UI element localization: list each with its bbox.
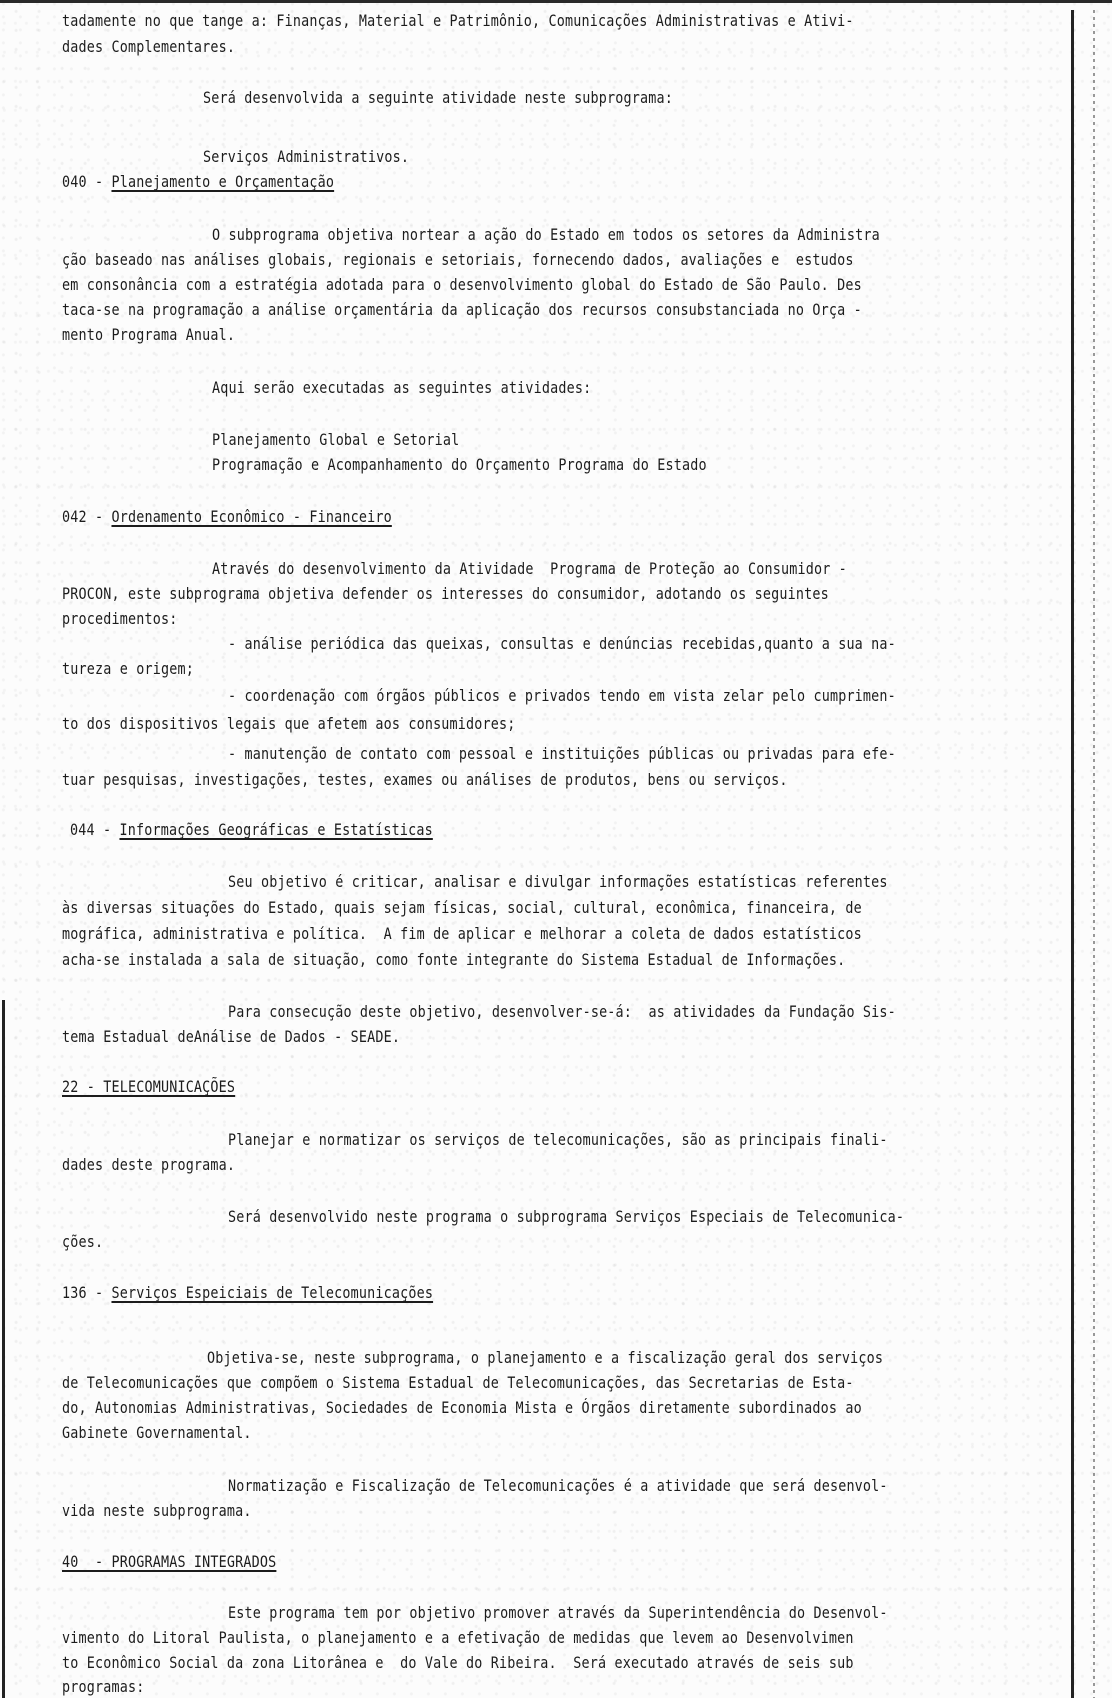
text-line: dades Complementares.: [62, 37, 235, 57]
paragraph-line: dades deste programa.: [62, 1155, 235, 1175]
paragraph-line: vida neste subprograma.: [62, 1501, 252, 1521]
right-border-rule: [1071, 10, 1074, 1698]
scanned-page: tadamente no que tange a: Finanças, Mate…: [0, 0, 1112, 1698]
list-item: tureza e origem;: [62, 659, 194, 679]
list-item: - coordenação com órgãos públicos e priv…: [228, 686, 896, 706]
section-title: Ordenamento Econômico - Financeiro: [111, 508, 391, 526]
paragraph-line: vimento do Litoral Paulista, o planejame…: [62, 1628, 854, 1648]
text-line: tadamente no que tange a: Finanças, Mate…: [62, 11, 854, 31]
paragraph-line: Aqui serão executadas as seguintes ativi…: [212, 378, 591, 398]
right-margin-dots: [1093, 10, 1095, 1698]
paragraph-line: acha-se instalada a sala de situação, co…: [62, 950, 845, 970]
paragraph-line: tema Estadual deAnálise de Dados - SEADE…: [62, 1027, 400, 1047]
paragraph-line: Será desenvolvido neste programa o subpr…: [228, 1207, 904, 1227]
list-item: to dos dispositivos legais que afetem ao…: [62, 714, 516, 734]
paragraph-line: mográfica, administrativa e política. A …: [62, 924, 862, 944]
section-title: Serviços Espeiciais de Telecomunicações: [111, 1284, 433, 1302]
paragraph-line: do, Autonomias Administrativas, Sociedad…: [62, 1398, 862, 1418]
paragraph-line: ção baseado nas análises globais, region…: [62, 250, 854, 270]
text-line: Será desenvolvida a seguinte atividade n…: [203, 88, 673, 108]
activity-item: Planejamento Global e Setorial: [212, 430, 459, 450]
paragraph-line: programas:: [62, 1677, 144, 1697]
paragraph-line: Gabinete Governamental.: [62, 1423, 252, 1443]
paragraph-line: PROCON, este subprograma objetiva defend…: [62, 584, 829, 604]
paragraph-line: Através do desenvolvimento da Atividade …: [212, 559, 847, 579]
section-title: Planejamento e Orçamentação: [111, 173, 334, 191]
paragraph-line: to Econômico Social da zona Litorânea e …: [62, 1653, 854, 1673]
section-heading-042: 042 - Ordenamento Econômico - Financeiro: [62, 507, 392, 527]
paragraph-line: Normatização e Fiscalização de Telecomun…: [228, 1476, 888, 1496]
list-item: tuar pesquisas, investigações, testes, e…: [62, 770, 788, 790]
list-item: - manutenção de contato com pessoal e in…: [228, 744, 896, 764]
paragraph-line: Este programa tem por objetivo promover …: [228, 1603, 888, 1623]
activity-item: Programação e Acompanhamento do Orçament…: [212, 455, 707, 475]
section-heading-044: 044 - Informações Geográficas e Estatíst…: [70, 820, 433, 840]
program-title: 22 - TELECOMUNICAÇÕES: [62, 1078, 235, 1096]
section-heading-136: 136 - Serviços Espeiciais de Telecomunic…: [62, 1283, 433, 1303]
section-title: Informações Geográficas e Estatísticas: [119, 821, 432, 839]
paragraph-line: O subprograma objetiva nortear a ação do…: [212, 225, 880, 245]
section-code: 136 -: [62, 1284, 111, 1302]
paragraph-line: mento Programa Anual.: [62, 325, 235, 345]
paragraph-line: Seu objetivo é criticar, analisar e divu…: [228, 872, 888, 892]
section-heading-040: 040 - Planejamento e Orçamentação: [62, 172, 334, 192]
top-border-rule: [0, 0, 1112, 3]
list-item: - análise periódica das queixas, consult…: [228, 634, 896, 654]
program-heading-40: 40 - PROGRAMAS INTEGRADOS: [62, 1552, 276, 1572]
paragraph-line: Para consecução deste objetivo, desenvol…: [228, 1002, 896, 1022]
paragraph-line: em consonância com a estratégia adotada …: [62, 275, 862, 295]
section-code: 040 -: [62, 173, 111, 191]
paragraph-line: às diversas situações do Estado, quais s…: [62, 898, 862, 918]
section-code: 042 -: [62, 508, 111, 526]
section-code: 044 -: [70, 821, 119, 839]
paragraph-line: ções.: [62, 1232, 103, 1252]
paragraph-line: de Telecomunicações que compõem o Sistem…: [62, 1373, 854, 1393]
program-title: 40 - PROGRAMAS INTEGRADOS: [62, 1553, 276, 1571]
paragraph-line: Objetiva-se, neste subprograma, o planej…: [207, 1348, 883, 1368]
left-border-rule: [2, 1000, 5, 1698]
paragraph-line: procedimentos:: [62, 609, 177, 629]
paragraph-line: Planejar e normatizar os serviços de tel…: [228, 1130, 888, 1150]
text-line: Serviços Administrativos.: [203, 147, 409, 167]
program-heading-22: 22 - TELECOMUNICAÇÕES: [62, 1077, 235, 1097]
paragraph-line: taca-se na programação a análise orçamen…: [62, 300, 862, 320]
